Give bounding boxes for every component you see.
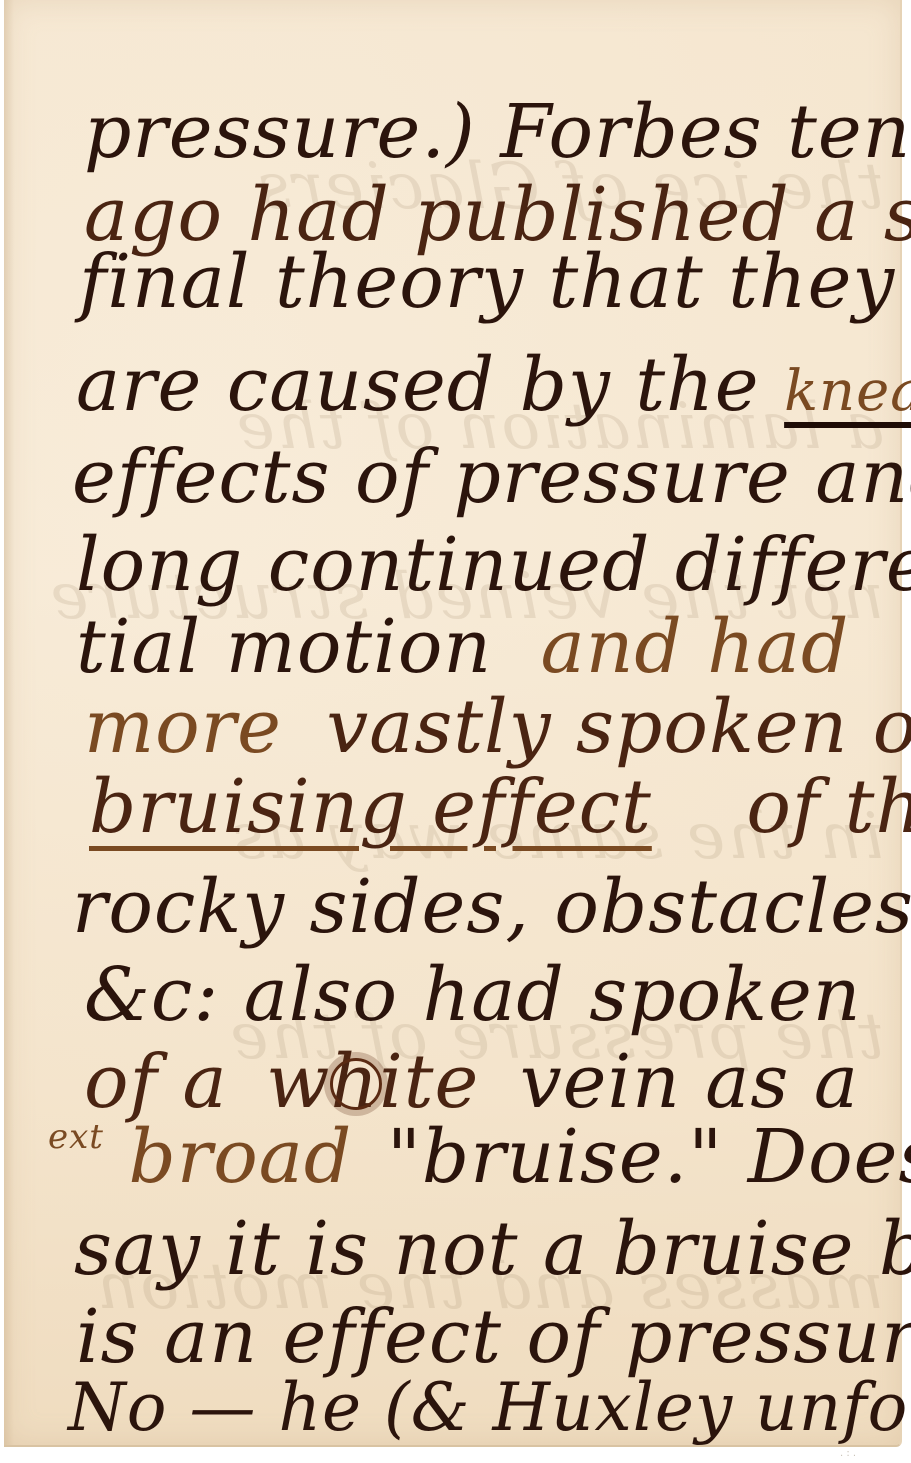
line-text: more (84, 684, 282, 770)
line-text: are caused by the (76, 342, 760, 428)
manuscript-line-5: effects of pressure and of (72, 440, 911, 514)
manuscript-line-16: No — he (& Huxley unfortunately (68, 1375, 911, 1441)
line-text: final theory that they (79, 239, 895, 325)
line-text: of a (84, 1039, 228, 1125)
line-text: pressure.) Forbes ten years (84, 89, 911, 175)
manuscript-line-14: say it is not a bruise but (74, 1212, 911, 1286)
line-text: broad (129, 1114, 353, 1200)
line-tail: vein as a (520, 1039, 859, 1125)
manuscript-line-11: &c: also had spoken (84, 958, 861, 1032)
manuscript-page: the ice of Glaciers a lamination of the … (4, 0, 902, 1447)
line-text: effects of pressure and of (72, 434, 911, 520)
manuscript-line-3: final theory that they (79, 245, 895, 319)
scan-artifact: . : . (840, 1448, 856, 1459)
manuscript-line-7: tial motion and had (76, 610, 849, 684)
line-tail: and had (541, 604, 850, 690)
underlined-word-kneading: kneading (784, 359, 911, 424)
line-text: No — he (& Huxley unfortunately (68, 1369, 911, 1446)
manuscript-line-8: more vastly spoken of the (84, 690, 911, 764)
line-text: tial motion (76, 604, 492, 690)
manuscript-line-1: pressure.) Forbes ten years (84, 95, 911, 169)
manuscript-line-12: of a white vein as a (84, 1045, 859, 1119)
line-text: &c: also had spoken (84, 952, 861, 1038)
manuscript-line-6: long continued differen- (76, 528, 911, 602)
line-text: rocky sides, obstacles (72, 864, 911, 950)
manuscript-line-4: are caused by the kneading (76, 348, 911, 422)
underlined-phrase-bruising-effect: bruising effect (89, 764, 652, 850)
line-text: long continued differen- (76, 522, 911, 608)
line-mid: vastly spoken of the (326, 684, 911, 770)
manuscript-line-10: rocky sides, obstacles (72, 870, 911, 944)
line-text: is an effect of pressure? (76, 1294, 911, 1380)
manuscript-line-15: is an effect of pressure? (76, 1300, 911, 1374)
marginal-insertion: ext (48, 1117, 104, 1157)
struck-out-word: white (266, 1045, 479, 1119)
manuscript-line-13: ext broad "bruise." Does Tyndall (48, 1120, 911, 1194)
line-tail: of the (746, 764, 911, 850)
manuscript-line-9: bruising effect of the (89, 770, 911, 844)
line-tail: "bruise." Does Tyndall (387, 1114, 911, 1200)
line-text: say it is not a bruise but (74, 1206, 911, 1292)
